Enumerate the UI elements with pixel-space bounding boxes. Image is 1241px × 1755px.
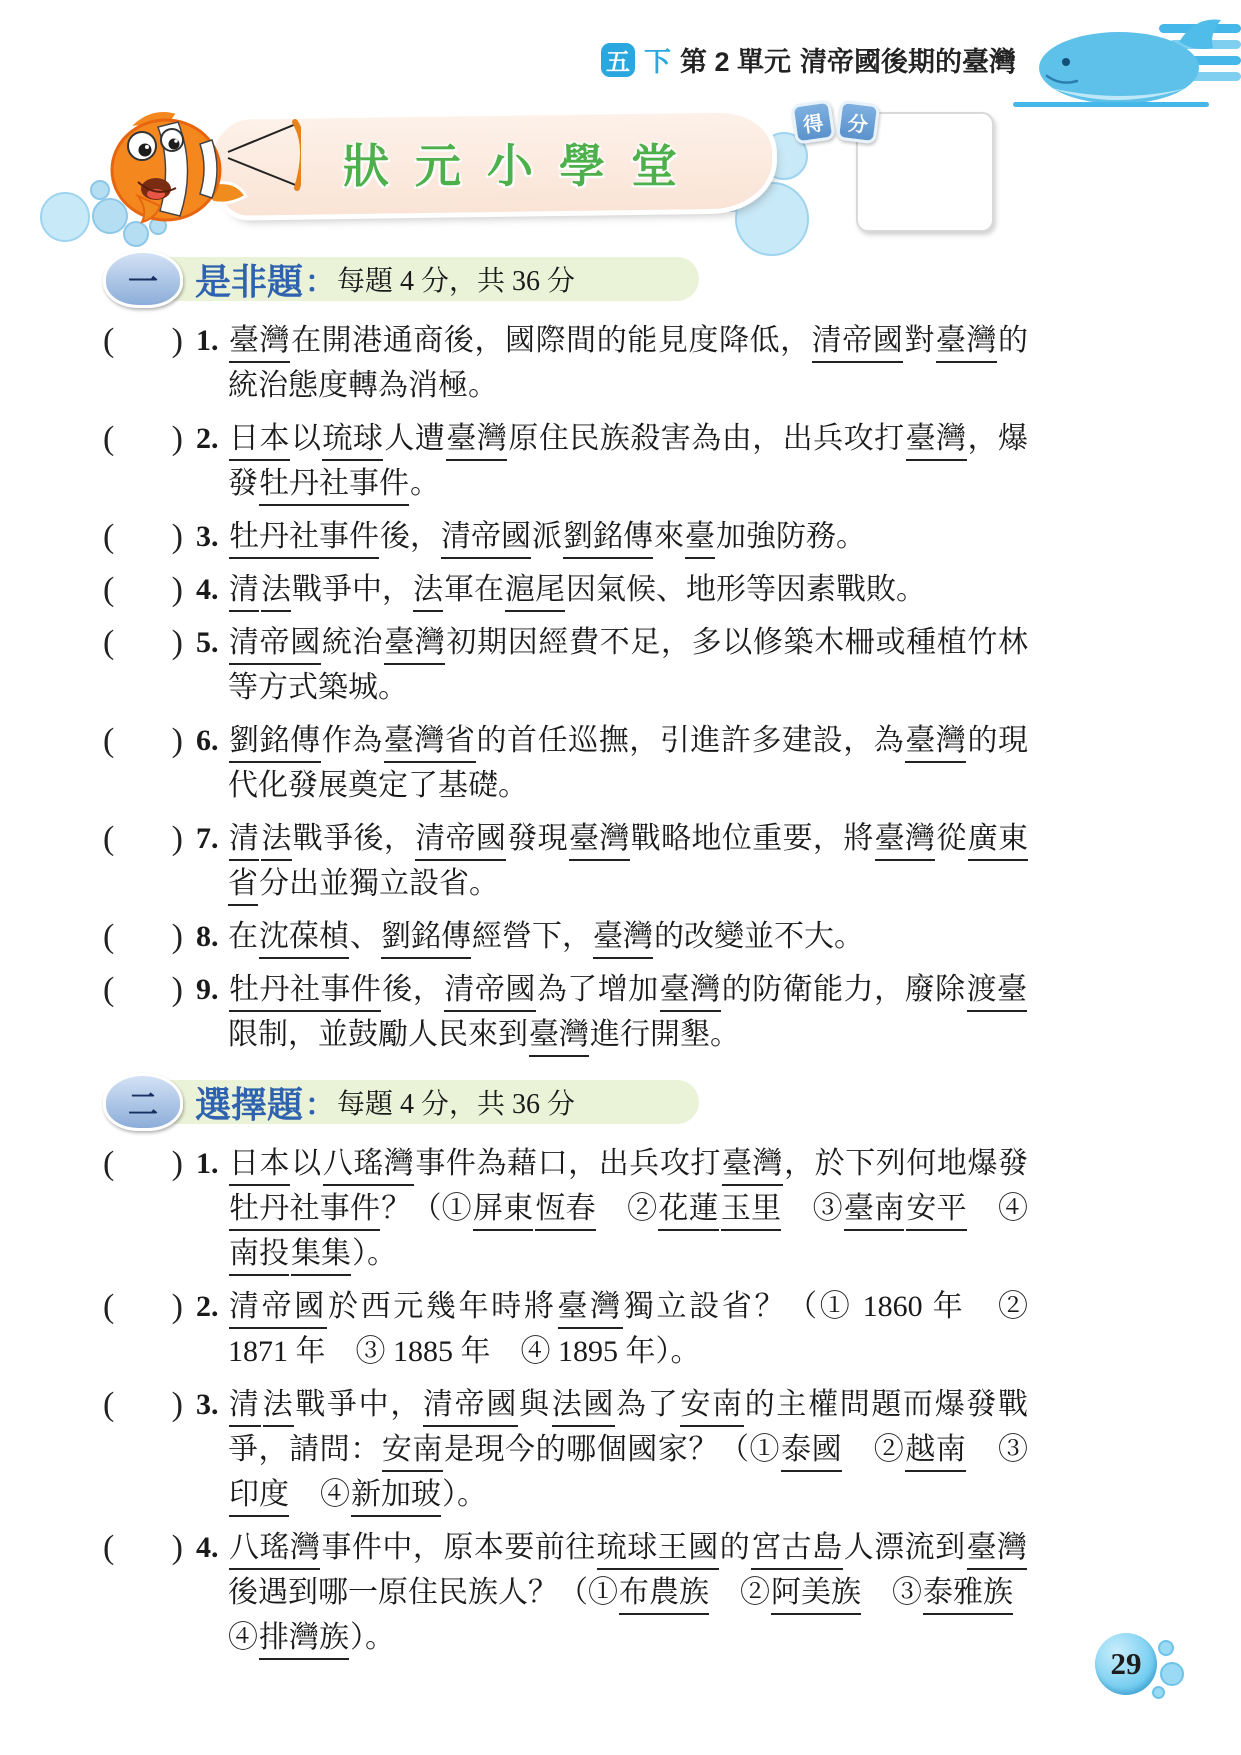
page-number: 29 (1111, 1646, 1142, 1682)
paren-close: ) (172, 620, 183, 665)
question-number: 2. (196, 416, 228, 461)
section-colon: ： (305, 257, 335, 301)
question-text: 在沈葆楨、劉銘傳經營下，臺灣的改變並不大。 (228, 914, 1028, 959)
page-header: 五 下 第 2 單元 清帝國後期的臺灣 (601, 40, 1016, 79)
paren-open: ( (103, 567, 114, 612)
question-row: () 8. 在沈葆楨、劉銘傳經營下，臺灣的改變並不大。 (103, 914, 1083, 959)
question-text: 清帝國統治臺灣初期因經費不足，多以修築木柵或種植竹林等方式築城。 (228, 620, 1028, 710)
paren-open: ( (103, 1284, 114, 1329)
paren-open: ( (103, 816, 114, 861)
answer-blank[interactable]: () (103, 718, 183, 763)
answer-blank[interactable]: () (103, 567, 183, 612)
question-text: 牡丹社事件後，清帝國派劉銘傳來臺加強防務。 (228, 514, 1028, 559)
cloud-decoration (40, 192, 90, 242)
grade-suffix: 下 (644, 40, 671, 79)
answer-blank[interactable]: () (103, 1141, 183, 1186)
question-row: () 1. 臺灣在開港通商後，國際間的能見度降低，清帝國對臺灣的統治態度轉為消極… (103, 318, 1083, 408)
question-text: 八瑤灣事件中，原本要前往琉球王國的宮古島人漂流到臺灣後遇到哪一原住民族人？（①布… (228, 1525, 1028, 1660)
answer-blank[interactable]: () (103, 816, 183, 861)
section-title: 是非題 (195, 254, 303, 305)
question-text: 日本以八瑤灣事件為藉口，出兵攻打臺灣，於下列何地爆發牡丹社事件？（①屏東恆春 ②… (228, 1141, 1028, 1276)
question-text: 清法戰爭中，清帝國與法國為了安南的主權問題而爆發戰爭，請問：安南是現今的哪個國家… (228, 1382, 1028, 1517)
question-row: () 2. 清帝國於西元幾年時將臺灣獨立設省？（① 1860 年 ② 1871 … (103, 1284, 1083, 1374)
question-row: () 2. 日本以琉球人遭臺灣原住民族殺害為由，出兵攻打臺灣，爆發牡丹社事件。 (103, 416, 1083, 506)
paren-open: ( (103, 1382, 114, 1427)
paren-close: ) (172, 318, 183, 363)
section-colon: ： (305, 1080, 335, 1124)
question-text: 日本以琉球人遭臺灣原住民族殺害為由，出兵攻打臺灣，爆發牡丹社事件。 (228, 416, 1028, 506)
question-number: 2. (196, 1284, 228, 1329)
question-number: 7. (196, 816, 228, 861)
paren-close: ) (172, 816, 183, 861)
grade-badge: 五 (601, 43, 635, 77)
unit-label: 第 2 單元 (680, 40, 791, 79)
unit-title: 清帝國後期的臺灣 (800, 40, 1016, 79)
paren-close: ) (172, 967, 183, 1012)
question-number: 4. (196, 1525, 228, 1570)
answer-blank[interactable]: () (103, 620, 183, 665)
clownfish-mascot (86, 94, 301, 254)
question-text: 臺灣在開港通商後，國際間的能見度降低，清帝國對臺灣的統治態度轉為消極。 (228, 318, 1028, 408)
question-number: 8. (196, 914, 228, 959)
question-row: () 3. 清法戰爭中，清帝國與法國為了安南的主權問題而爆發戰爭，請問：安南是現… (103, 1382, 1083, 1517)
question-number: 3. (196, 1382, 228, 1427)
section-meta: 每題 4 分，共 36 分 (337, 259, 575, 299)
answer-blank[interactable]: () (103, 1525, 183, 1570)
paren-open: ( (103, 416, 114, 461)
question-number: 6. (196, 718, 228, 763)
exercise-content: 一 是非題 ： 每題 4 分，共 36 分 () 1. 臺灣在開港通商後，國際間… (103, 252, 1083, 1668)
answer-blank[interactable]: () (103, 1284, 183, 1329)
question-row: () 4. 八瑤灣事件中，原本要前往琉球王國的宮古島人漂流到臺灣後遇到哪一原住民… (103, 1525, 1083, 1660)
paren-close: ) (172, 1382, 183, 1427)
paren-open: ( (103, 620, 114, 665)
bubble-decoration (1152, 1686, 1165, 1699)
paren-open: ( (103, 1141, 114, 1186)
answer-blank[interactable]: () (103, 1382, 183, 1427)
question-number: 1. (196, 1141, 228, 1186)
question-row: () 9. 牡丹社事件後，清帝國為了增加臺灣的防衛能力，廢除渡臺限制，並鼓勵人民… (103, 967, 1083, 1057)
paren-open: ( (103, 718, 114, 763)
paren-close: ) (172, 1284, 183, 1329)
paren-close: ) (172, 914, 183, 959)
question-row: () 7. 清法戰爭後，清帝國發現臺灣戰略地位重要，將臺灣從廣東省分出並獨立設省… (103, 816, 1083, 906)
answer-blank[interactable]: () (103, 416, 183, 461)
question-row: () 5. 清帝國統治臺灣初期因經費不足，多以修築木柵或種植竹林等方式築城。 (103, 620, 1083, 710)
paren-close: ) (172, 718, 183, 763)
banner-title: 狀元小學堂 (288, 130, 758, 196)
paren-close: ) (172, 416, 183, 461)
banner: 狀元小學堂 (0, 92, 1241, 242)
question-row: () 3. 牡丹社事件後，清帝國派劉銘傳來臺加強防務。 (103, 514, 1083, 559)
question-row: () 1. 日本以八瑤灣事件為藉口，出兵攻打臺灣，於下列何地爆發牡丹社事件？（①… (103, 1141, 1083, 1276)
section-header-true-false: 一 是非題 ： 每題 4 分，共 36 分 (103, 252, 1083, 306)
answer-blank[interactable]: () (103, 914, 183, 959)
paren-close: ) (172, 1141, 183, 1186)
question-text: 清法戰爭後，清帝國發現臺灣戰略地位重要，將臺灣從廣東省分出並獨立設省。 (228, 816, 1028, 906)
paren-open: ( (103, 914, 114, 959)
section-header-multiple-choice: 二 選擇題 ： 每題 4 分，共 36 分 (103, 1075, 1083, 1129)
score-label: 得 分 (793, 102, 878, 142)
paren-open: ( (103, 967, 114, 1012)
section-meta: 每題 4 分，共 36 分 (337, 1082, 575, 1122)
question-number: 4. (196, 567, 228, 612)
question-text: 牡丹社事件後，清帝國為了增加臺灣的防衛能力，廢除渡臺限制，並鼓勵人民來到臺灣進行… (228, 967, 1028, 1057)
paren-close: ) (172, 514, 183, 559)
question-row: () 4. 清法戰爭中，法軍在滬尾因氣候、地形等因素戰敗。 (103, 567, 1083, 612)
answer-blank[interactable]: () (103, 318, 183, 363)
score-label-char: 分 (836, 100, 881, 145)
question-number: 1. (196, 318, 228, 363)
question-row: () 6. 劉銘傳作為臺灣省的首任巡撫，引進許多建設，為臺灣的現代化發展奠定了基… (103, 718, 1083, 808)
answer-blank[interactable]: () (103, 967, 183, 1012)
workbook-page: 五 下 第 2 單元 清帝國後期的臺灣 狀元小學堂 (0, 0, 1241, 1755)
question-text: 清帝國於西元幾年時將臺灣獨立設省？（① 1860 年 ② 1871 年 ③ 18… (228, 1284, 1028, 1374)
section-badge: 二 (103, 1073, 183, 1131)
paren-open: ( (103, 1525, 114, 1570)
question-number: 9. (196, 967, 228, 1012)
paren-open: ( (103, 318, 114, 363)
page-number-bubble: 29 (1095, 1633, 1157, 1695)
bubble-decoration (1158, 1640, 1174, 1656)
question-text: 劉銘傳作為臺灣省的首任巡撫，引進許多建設，為臺灣的現代化發展奠定了基礎。 (228, 718, 1028, 808)
paren-close: ) (172, 567, 183, 612)
answer-blank[interactable]: () (103, 514, 183, 559)
question-number: 3. (196, 514, 228, 559)
bubble-decoration (1160, 1662, 1184, 1686)
paren-close: ) (172, 1525, 183, 1570)
question-text: 清法戰爭中，法軍在滬尾因氣候、地形等因素戰敗。 (228, 567, 1028, 612)
section-title: 選擇題 (195, 1077, 303, 1128)
paren-open: ( (103, 514, 114, 559)
score-label-char: 得 (790, 99, 835, 144)
question-number: 5. (196, 620, 228, 665)
section-badge: 一 (103, 250, 183, 308)
